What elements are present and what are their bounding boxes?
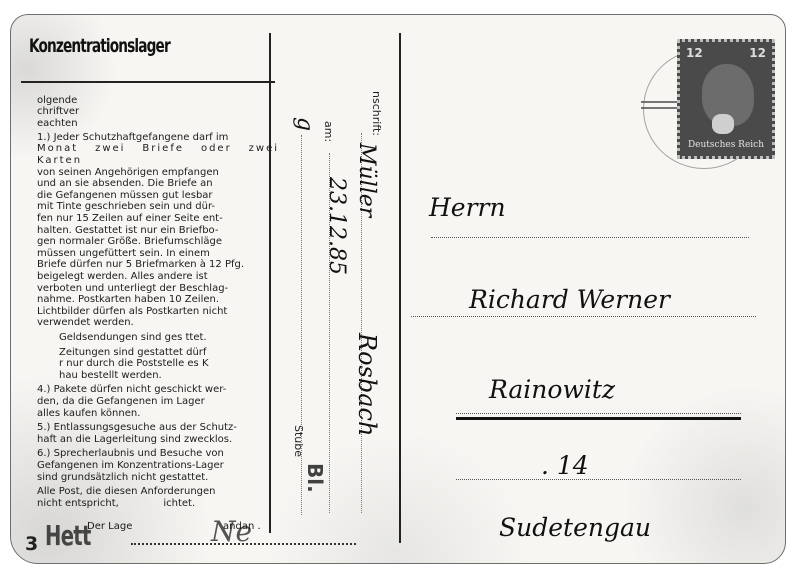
- page-number: 3: [25, 533, 38, 555]
- stamp-collar: [712, 114, 734, 134]
- label-stube: Stube: [292, 425, 305, 457]
- rules-text-block: olgende chriftver eachten 1.) Jeder Schu…: [37, 95, 279, 512]
- handwritten-extra: Rosbach: [353, 333, 381, 436]
- rule-1: 1.) Jeder Schutzhaftgefangene darf im Mo…: [37, 132, 279, 329]
- title-divider: [21, 81, 275, 83]
- label-am: am:: [322, 121, 335, 142]
- rule-5: 5.) Entlassungsgesuche aus der Schutz- h…: [37, 422, 279, 445]
- address-dotted-line-4: [456, 479, 741, 480]
- ink-stamp: Hett: [45, 519, 91, 552]
- address-line-5: Sudetengau: [499, 513, 651, 542]
- footer-dotted-line: [131, 543, 356, 545]
- address-column-divider: [399, 33, 401, 543]
- handwritten-sender-name: Müller: [354, 143, 379, 217]
- address-underline: [456, 417, 741, 420]
- address-dotted-line-1: [431, 237, 749, 238]
- stamp-caption: Deutsches Reich: [680, 140, 772, 150]
- header-fragment: chriftver: [37, 106, 279, 117]
- postage-stamp: 12 12 Deutsches Reich: [677, 39, 775, 159]
- address-line-4: . 14: [541, 451, 589, 480]
- handwritten-date: 23.12.85: [324, 177, 349, 275]
- rule-4: 4.) Pakete dürfen nicht geschickt wer- d…: [37, 384, 279, 419]
- header-fragment: olgende: [37, 95, 279, 106]
- postcard: Konzentrationslager olgende chriftver ea…: [10, 14, 786, 564]
- footer-left-text: Der Lage: [87, 521, 132, 532]
- rule-2: Geldsendungen sind ges ttet.: [37, 332, 279, 344]
- sender-stube-line: [301, 135, 302, 515]
- address-line-1: Herrn: [429, 193, 506, 222]
- document-title: Konzentrationslager: [29, 35, 170, 57]
- rule-6: 6.) Sprecherlaubnis und Besuche von Gefa…: [37, 448, 279, 483]
- stamp-value-right: 12: [749, 46, 766, 60]
- address-dotted-line-3: [456, 413, 741, 414]
- stube-stamp: Bl.: [303, 463, 327, 493]
- rule-3: Zeitungen sind gestattet dürf r nur durc…: [37, 347, 279, 382]
- header-fragment: eachten: [37, 118, 279, 129]
- label-anschrift: nschrift:: [370, 91, 383, 136]
- rule-7: Alle Post, die diesen Anforderungen nich…: [37, 486, 279, 509]
- address-line-3: Rainowitz: [489, 375, 615, 404]
- address-line-2: Richard Werner: [469, 285, 670, 314]
- address-dotted-line-2: [411, 316, 756, 317]
- stamp-value-left: 12: [686, 46, 703, 60]
- handwritten-prefix: g: [292, 117, 317, 131]
